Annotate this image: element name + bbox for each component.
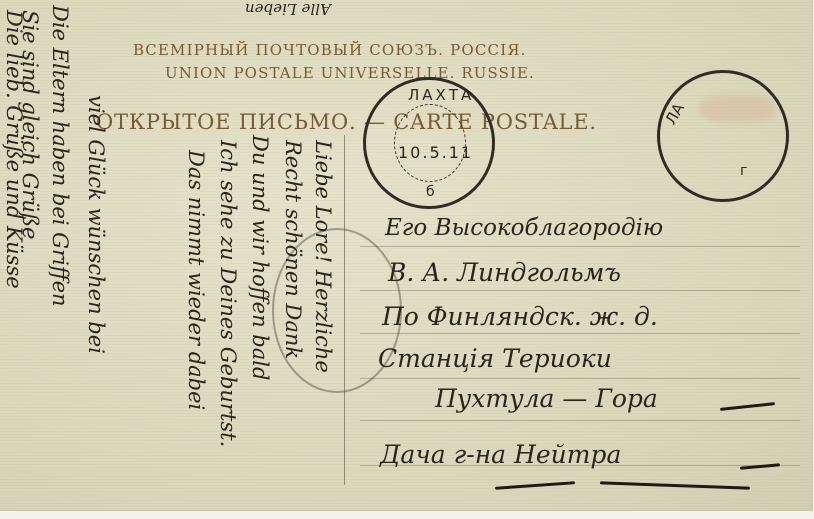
message-column: Ich sehe zu Deines Geburtst. <box>216 140 240 447</box>
message-column: Recht schönen Dank <box>281 140 305 359</box>
address-rule <box>360 420 800 421</box>
address-rule <box>360 378 800 379</box>
top-note: Alle Lieben <box>245 0 331 18</box>
message-column: viel Glück wünschen bei <box>84 95 108 354</box>
header-carte-postale: ОТКРЫТОЕ ПИСЬМО. — CARTE POSTALE. <box>96 110 597 134</box>
message-column: Die lieb. Grüße und Küsse <box>2 10 26 289</box>
postcard: ВСЕМІРНЫЙ ПОЧТОВЫЙ СОЮЗЪ. РОССІЯ. UNION … <box>0 0 813 511</box>
message-column: Du und wir hoffen bald <box>248 135 272 380</box>
address-rule <box>360 246 800 247</box>
message-column: Die Eltern haben bei Griffen <box>48 5 72 307</box>
address-line-railway: По Финляндск. ж. д. <box>382 302 658 331</box>
underline-stroke <box>600 481 750 489</box>
postmark-place: ЛАХТА <box>408 86 474 104</box>
postmark-right-bottom: г <box>740 163 747 179</box>
postmark-left: ЛАХТА 10.5.11 б <box>363 77 495 209</box>
postmark-right-text: ЛА <box>662 100 688 128</box>
address-rule <box>360 333 800 334</box>
postmark-right: ЛА г <box>657 70 789 202</box>
address-line-name: В. А. Линдгольмъ <box>388 258 621 287</box>
message-column: Liebe Lore! Herzliche <box>311 140 335 373</box>
postmark-date: 10.5.11 <box>398 143 473 162</box>
address-line-honorific: Его Высокоблагородію <box>385 215 663 241</box>
flourish-stroke <box>720 402 775 411</box>
address-line-dacha: Дача г-на Нейтра <box>380 440 621 469</box>
address-line-locality: Пухтула — Гора <box>435 384 658 413</box>
address-line-station: Станція Териоки <box>378 344 612 373</box>
header-line-russian: ВСЕМІРНЫЙ ПОЧТОВЫЙ СОЮЗЪ. РОССІЯ. <box>133 41 527 59</box>
address-rule <box>360 290 800 291</box>
postmark-letter: б <box>426 184 435 200</box>
header-line-french: UNION POSTALE UNIVERSELLE. RUSSIE. <box>165 64 535 82</box>
underline-stroke <box>495 481 575 490</box>
message-column: Das nimmt wieder dabei <box>184 150 208 410</box>
